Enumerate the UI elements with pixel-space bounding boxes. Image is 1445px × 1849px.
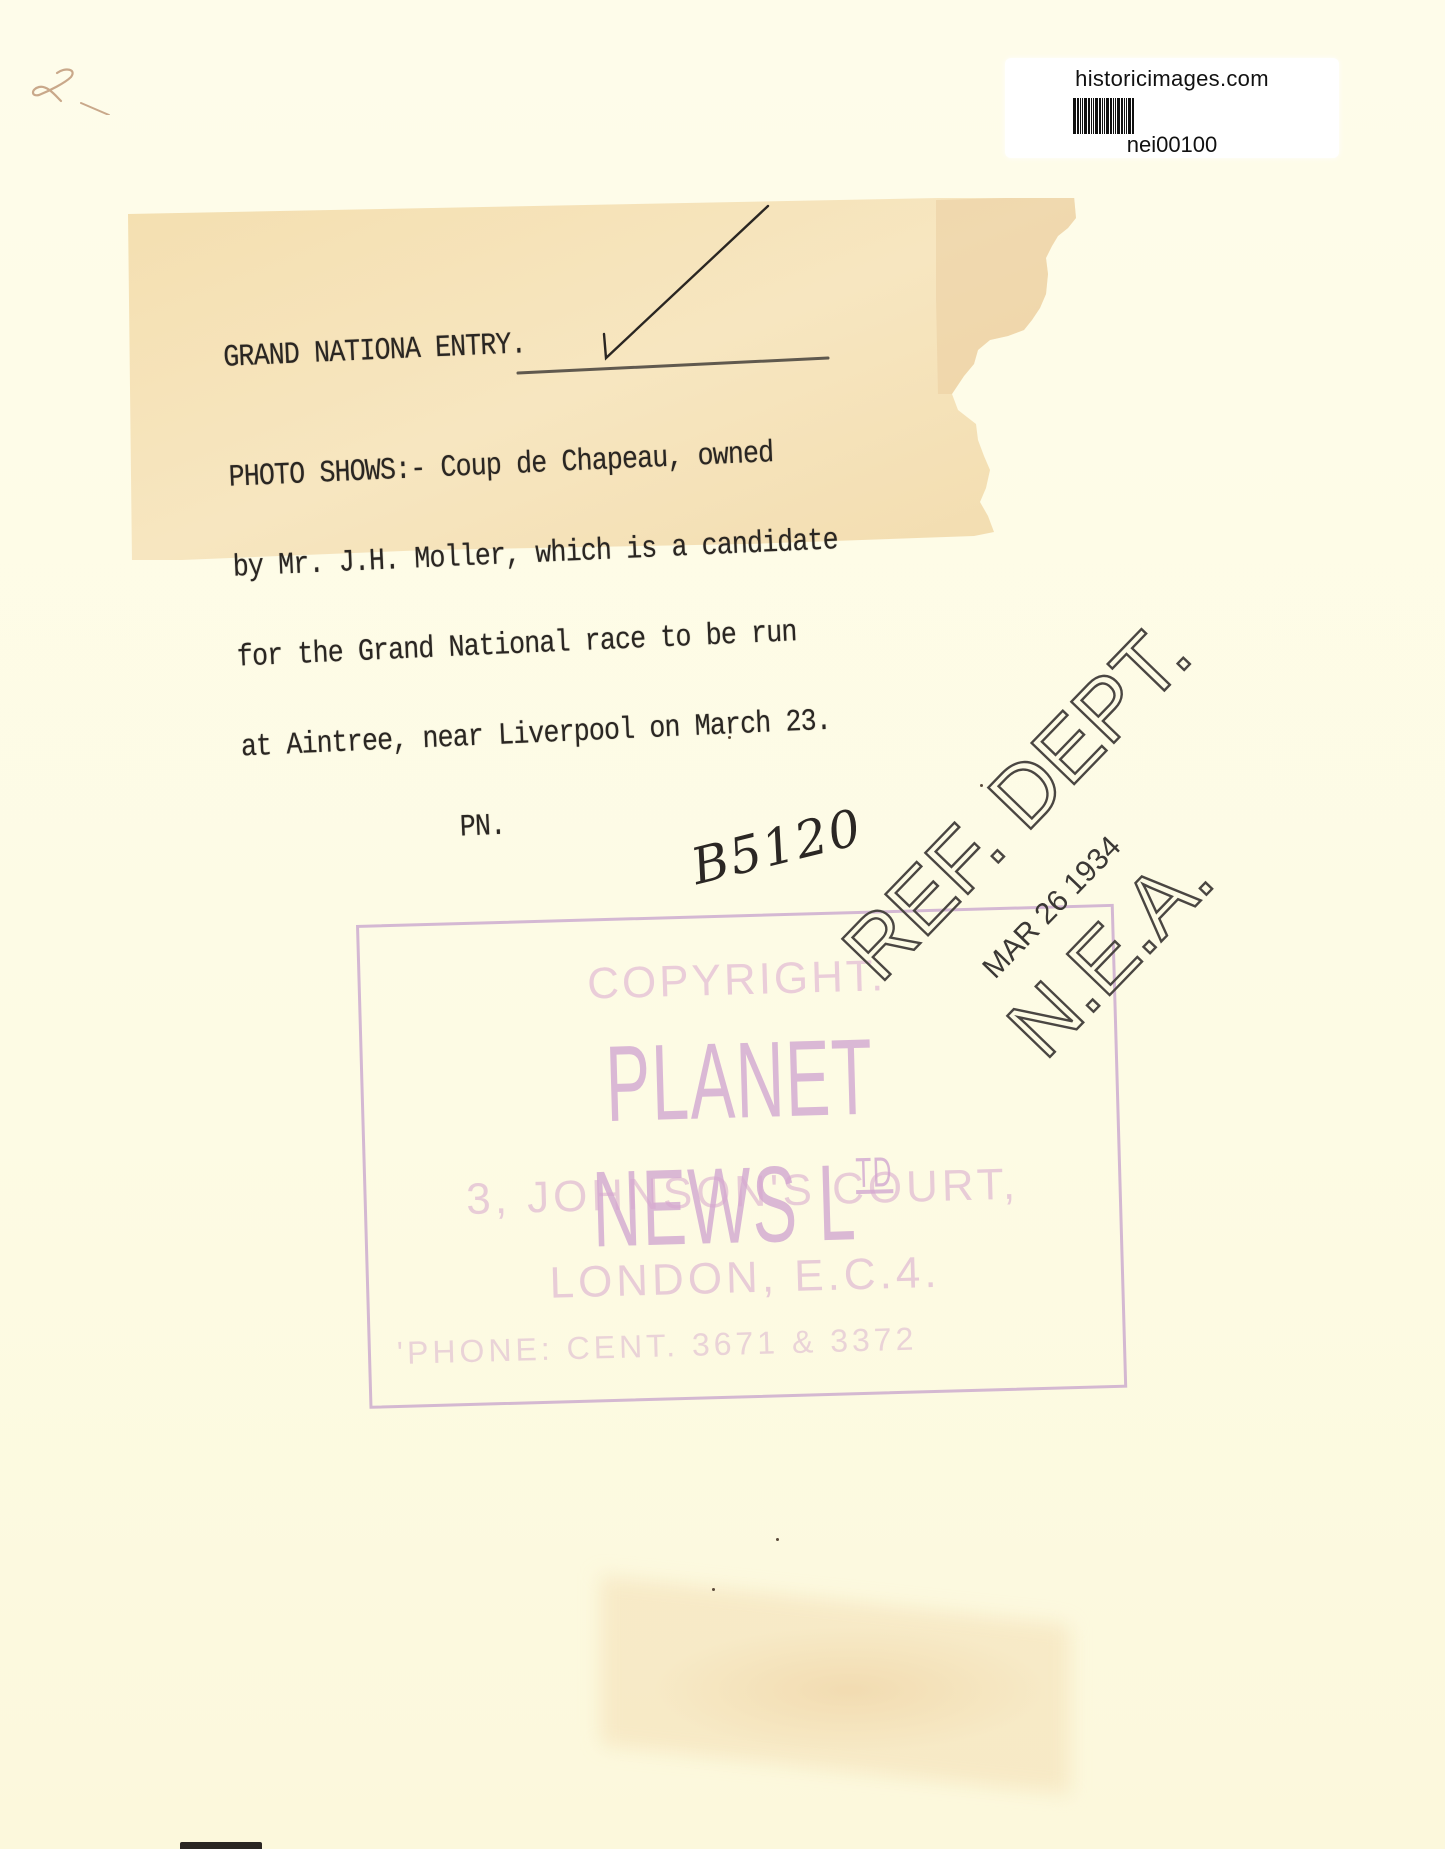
- caption-clipping: GRAND NATIONA ENTRY. PHOTO SHOWS:- Coup …: [128, 198, 1078, 560]
- archive-site-name: historicimages.com: [1005, 66, 1339, 92]
- scanner-clip-edge: [180, 1842, 262, 1849]
- barcode-bar: [1134, 98, 1135, 134]
- paper-speck: [776, 1538, 779, 1541]
- stamp-address-line1: 3, JOHNSON'S COURT,: [366, 1157, 1119, 1228]
- stamp-copyright-heading: COPYRIGHT.: [360, 945, 1113, 1016]
- stamp-company-text: PLANET NEWS L: [591, 1016, 875, 1270]
- caption-line: PHOTO SHOWS:- Coup de Chapeau, owned: [228, 436, 834, 493]
- paper-speck: [712, 1588, 715, 1591]
- caption-line: at Aintree, near Liverpool on March 23.: [240, 706, 846, 763]
- paper-speck: [980, 784, 983, 787]
- caption-line: for the Grand National race to be run: [236, 616, 842, 673]
- archive-barcode-label: historicimages.com nei00100: [1005, 58, 1339, 158]
- stamp-phone: 'PHONE: CENT. 3671 & 3372: [396, 1320, 917, 1372]
- stamp-company-name: PLANET NEWS LTD: [505, 1011, 978, 1274]
- caption-headline: GRAND NATIONA ENTRY.: [223, 316, 829, 373]
- stamp-address-line2: LONDON, E.C.4.: [368, 1243, 1121, 1314]
- paper-speck: [728, 736, 731, 739]
- caption-line: by Mr. J.H. Moller, which is a candidate: [232, 526, 838, 583]
- copyright-stamp: COPYRIGHT. PLANET NEWS LTD 3, JOHNSON'S …: [356, 904, 1127, 1409]
- pencil-mark-icon: 2: [25, 55, 125, 115]
- archive-item-code: nei00100: [1005, 132, 1339, 158]
- barcode-icon: [1073, 98, 1293, 134]
